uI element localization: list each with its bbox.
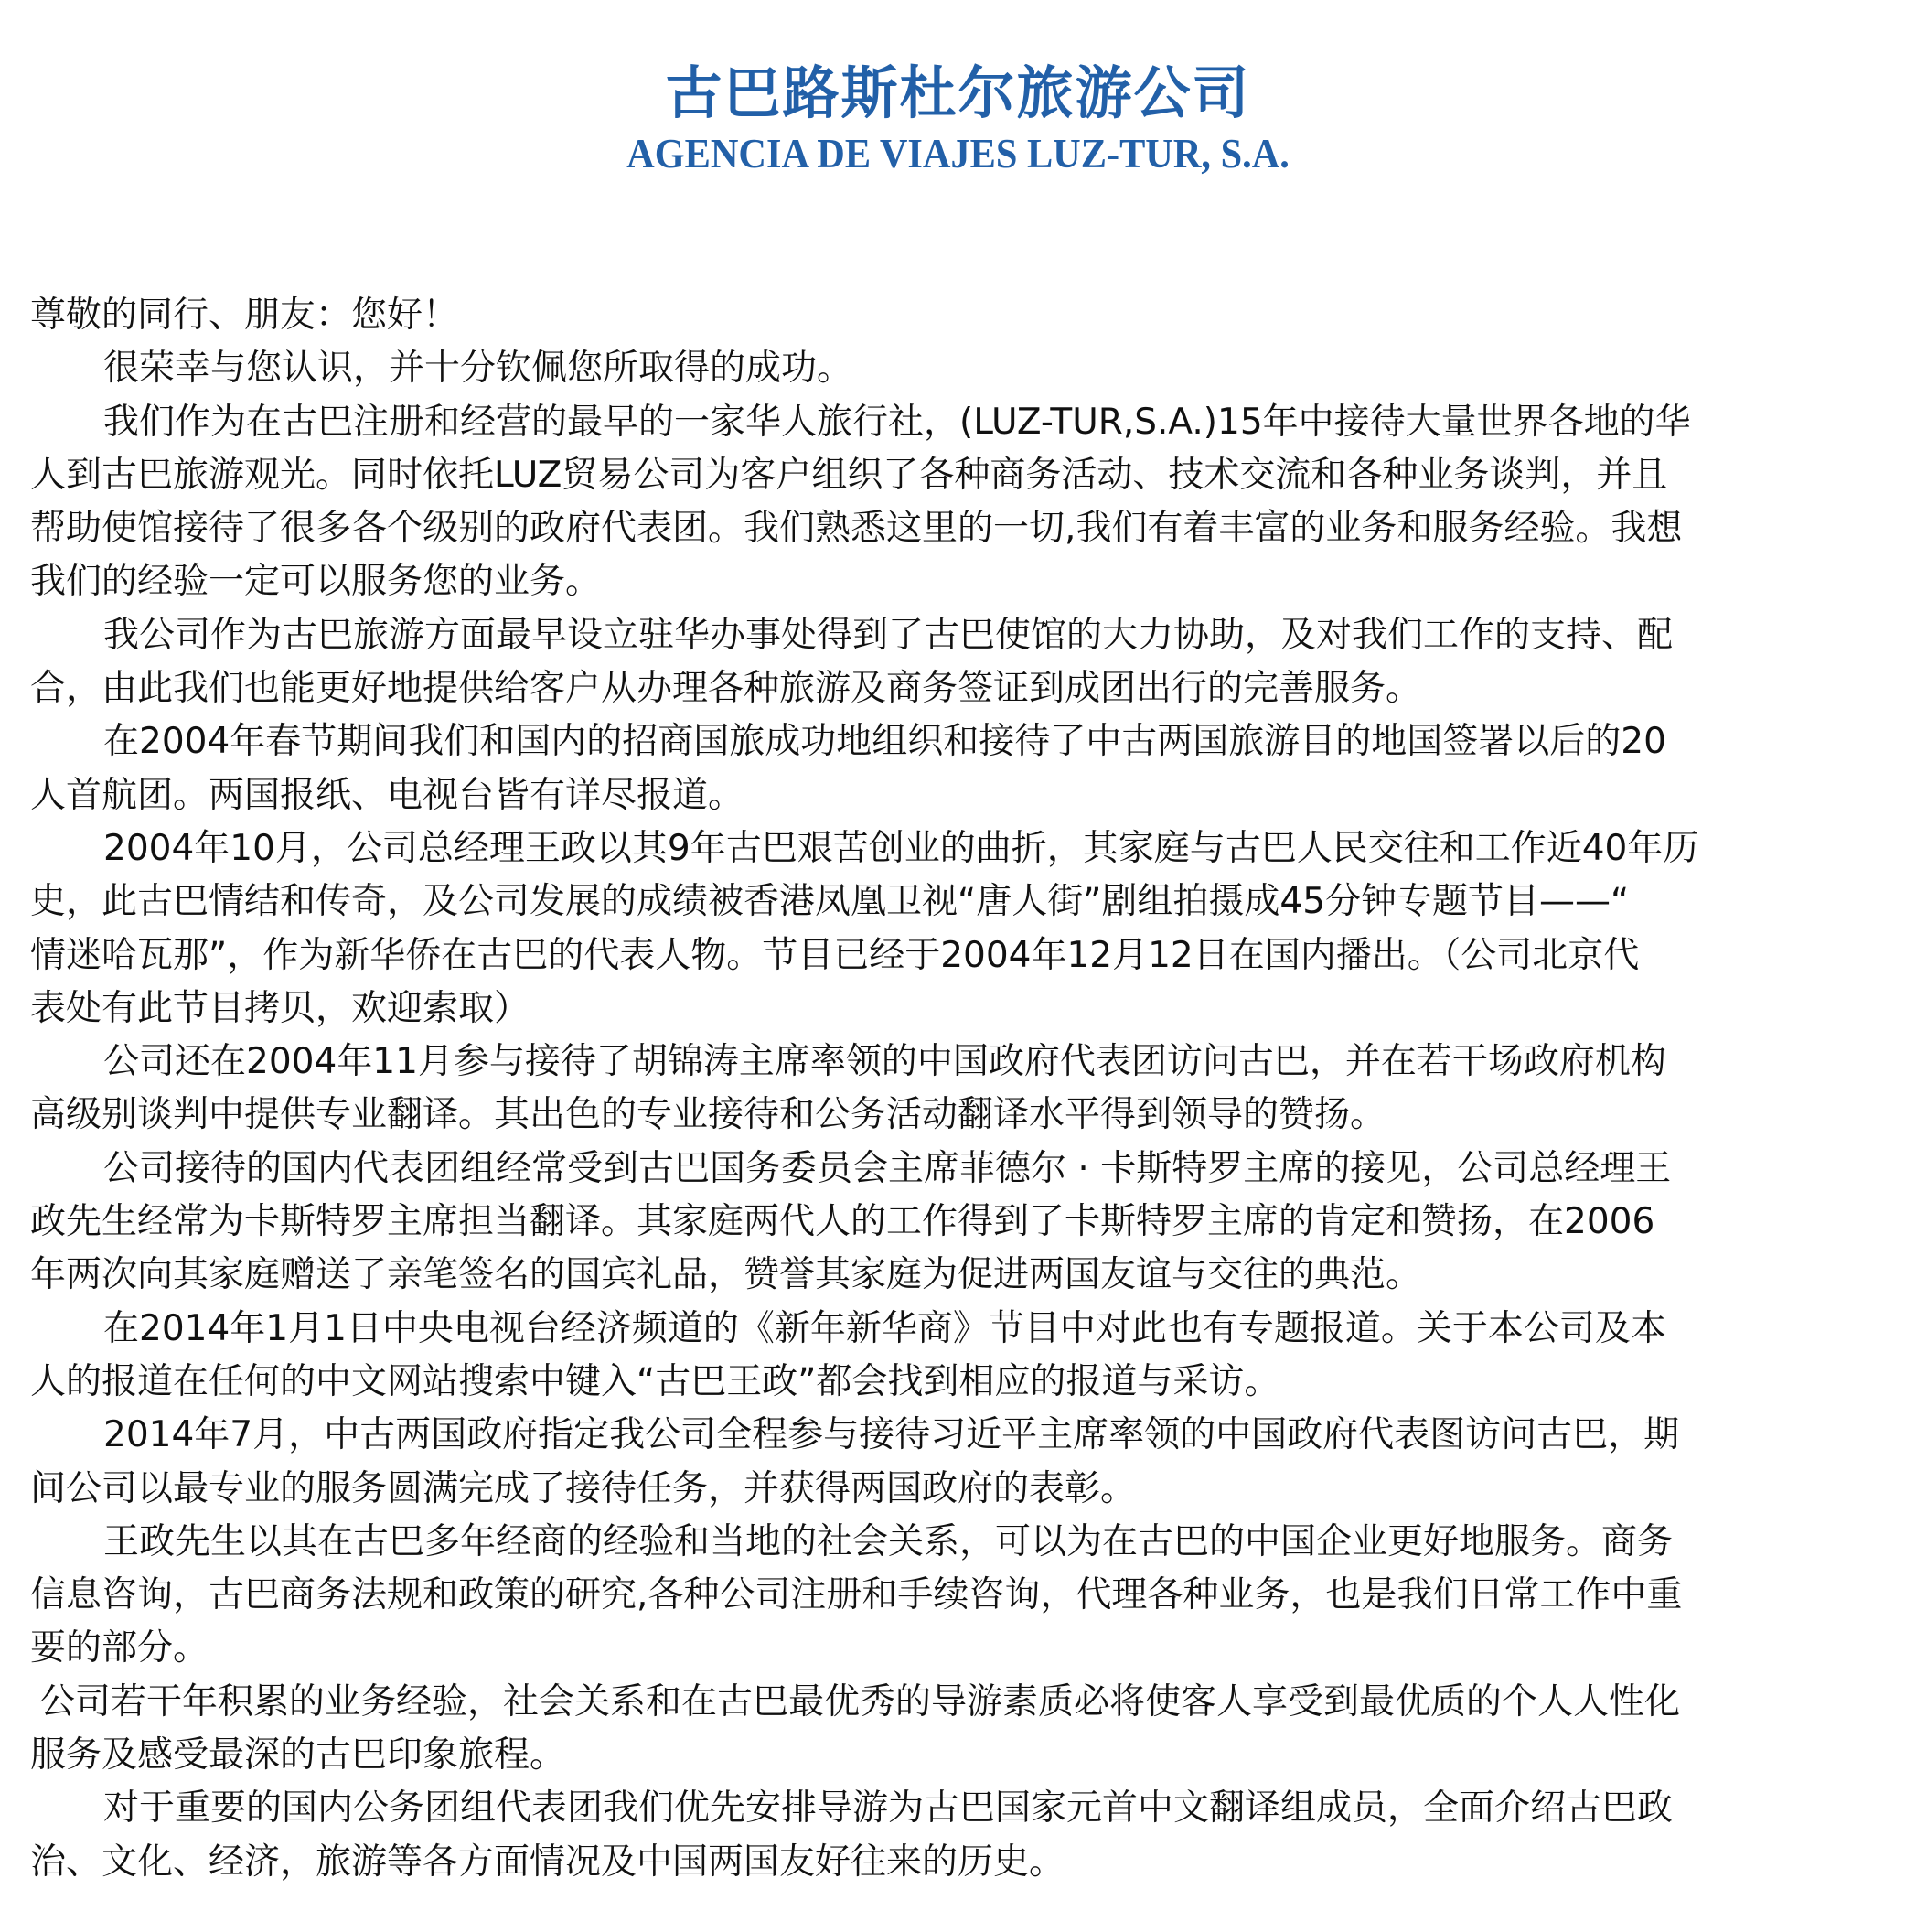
paragraph-line: 2014年7月，中古两国政府指定我公司全程参与接待习近平主席率领的中国政府代表图…: [30, 1409, 1859, 1462]
paragraph-line: 政先生经常为卡斯特罗主席担当翻译。其家庭两代人的工作得到了卡斯特罗主席的肯定和赞…: [30, 1196, 1859, 1249]
paragraph-line: 要的部分。: [30, 1622, 1859, 1675]
paragraph-company-history: 我们作为在古巴注册和经营的最早的一家华人旅行社，(LUZ-TUR,S.A.)15…: [30, 396, 1859, 609]
paragraph-line: 治、文化、经济，旅游等各方面情况及中国两国友好往来的历史。: [30, 1836, 1859, 1889]
paragraph-line: 公司还在2004年11月参与接待了胡锦涛主席率领的中国政府代表团访问古巴，并在若…: [30, 1036, 1859, 1089]
paragraph-2004-delegation: 公司还在2004年11月参与接待了胡锦涛主席率领的中国政府代表团访问古巴，并在若…: [30, 1036, 1859, 1143]
paragraph-line: 人首航团。两国报纸、电视台皆有详尽报道。: [30, 769, 1859, 822]
paragraph-line: 很荣幸与您认识，并十分钦佩您所取得的成功。: [30, 342, 1859, 395]
paragraph-line: 王政先生以其在古巴多年经商的经验和当地的社会关系，可以为在古巴的中国企业更好地服…: [30, 1516, 1859, 1569]
paragraph-line: 高级别谈判中提供专业翻译。其出色的专业接待和公务活动翻译水平得到领导的赞扬。: [30, 1089, 1859, 1142]
paragraph-line: 年两次向其家庭赠送了亲笔签名的国宾礼品，赞誉其家庭为促进两国友谊与交往的典范。: [30, 1249, 1859, 1302]
paragraph-line: 人到古巴旅游观光。同时依托LUZ贸易公司为客户组织了各种商务活动、技术交流和各种…: [30, 449, 1859, 502]
paragraph-line: 公司若干年积累的业务经验，社会关系和在古巴最优秀的导游素质必将使客人享受到最优质…: [30, 1676, 1859, 1729]
paragraph-line: 在2004年春节期间我们和国内的招商国旅成功地组织和接待了中古两国旅游目的地国签…: [30, 715, 1859, 768]
paragraph-line: 对于重要的国内公务团组代表团我们优先安排导游为古巴国家元首中文翻译组成员，全面介…: [30, 1782, 1859, 1835]
paragraph-line: 2004年10月，公司总经理王政以其9年古巴艰苦创业的曲折，其家庭与古巴人民交往…: [30, 822, 1859, 875]
paragraph-line: 我们作为在古巴注册和经营的最早的一家华人旅行社，(LUZ-TUR,S.A.)15…: [30, 396, 1859, 449]
paragraph-line: 我公司作为古巴旅游方面最早设立驻华办事处得到了古巴使馆的大力协助，及对我们工作的…: [30, 609, 1859, 662]
paragraph-line: 在2014年1月1日中央电视台经济频道的《新年新华商》节目中对此也有专题报道。关…: [30, 1303, 1859, 1356]
paragraph-line: 表处有此节目拷贝，欢迎索取）: [30, 982, 1859, 1036]
greeting: 尊敬的同行、朋友：您好！: [30, 289, 1859, 342]
paragraph-phoenix-tv: 2004年10月，公司总经理王政以其9年古巴艰苦创业的曲折，其家庭与古巴人民交往…: [30, 822, 1859, 1036]
letter-body: 尊敬的同行、朋友：您好！ 很荣幸与您认识，并十分钦佩您所取得的成功。 我们作为在…: [30, 289, 1859, 1889]
paragraph-official-groups: 对于重要的国内公务团组代表团我们优先安排导游为古巴国家元首中文翻译组成员，全面介…: [30, 1782, 1859, 1889]
paragraph-2014-delegation: 2014年7月，中古两国政府指定我公司全程参与接待习近平主席率领的中国政府代表图…: [30, 1409, 1859, 1516]
paragraph-experience: 公司若干年积累的业务经验，社会关系和在古巴最优秀的导游素质必将使客人享受到最优质…: [30, 1676, 1859, 1783]
company-name-chinese: 古巴路斯杜尔旅游公司: [0, 59, 1916, 128]
paragraph-castro-meetings: 公司接待的国内代表团组经常受到古巴国务委员会主席菲德尔 · 卡斯特罗主席的接见，…: [30, 1143, 1859, 1303]
paragraph-line: 我们的经验一定可以服务您的业务。: [30, 555, 1859, 608]
paragraph-business-services: 王政先生以其在古巴多年经商的经验和当地的社会关系，可以为在古巴的中国企业更好地服…: [30, 1516, 1859, 1676]
paragraph-introduction: 很荣幸与您认识，并十分钦佩您所取得的成功。: [30, 342, 1859, 395]
paragraph-2004-spring-festival: 在2004年春节期间我们和国内的招商国旅成功地组织和接待了中古两国旅游目的地国签…: [30, 715, 1859, 822]
company-name-spanish: AGENCIA DE VIAJES LUZ-TUR, S.A.: [77, 128, 1839, 179]
paragraph-line: 公司接待的国内代表团组经常受到古巴国务委员会主席菲德尔 · 卡斯特罗主席的接见，…: [30, 1143, 1859, 1196]
paragraph-cctv-report: 在2014年1月1日中央电视台经济频道的《新年新华商》节目中对此也有专题报道。关…: [30, 1303, 1859, 1410]
paragraph-line: 合，由此我们也能更好地提供给客户从办理各种旅游及商务签证到成团出行的完善服务。: [30, 662, 1859, 715]
paragraph-line: 帮助使馆接待了很多各个级别的政府代表团。我们熟悉这里的一切,我们有着丰富的业务和…: [30, 502, 1859, 555]
paragraph-line: 信息咨询，古巴商务法规和政策的研究,各种公司注册和手续咨询，代理各种业务，也是我…: [30, 1569, 1859, 1622]
paragraph-line: 人的报道在任何的中文网站搜索中键入“古巴王政”都会找到相应的报道与采访。: [30, 1356, 1859, 1409]
paragraph-line: 史，此古巴情结和传奇，及公司发展的成绩被香港凤凰卫视“唐人街”剧组拍摄成45分钟…: [30, 875, 1859, 928]
paragraph-line: 情迷哈瓦那”，作为新华侨在古巴的代表人物。节目已经于2004年12月12日在国内…: [30, 929, 1859, 982]
paragraph-line: 服务及感受最深的古巴印象旅程。: [30, 1729, 1859, 1782]
paragraph-line: 间公司以最专业的服务圆满完成了接待任务，并获得两国政府的表彰。: [30, 1463, 1859, 1516]
paragraph-beijing-office: 我公司作为古巴旅游方面最早设立驻华办事处得到了古巴使馆的大力协助，及对我们工作的…: [30, 609, 1859, 716]
